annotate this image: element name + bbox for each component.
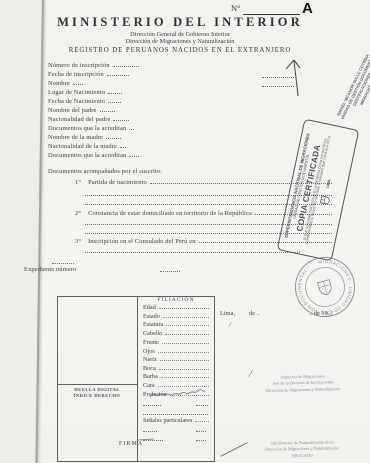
filiacion-label: Cabello	[143, 330, 162, 337]
field-label: Nacionalidad de la madre	[48, 143, 117, 150]
expediente-row: Expediente número	[24, 266, 76, 273]
field-label: Nombre	[48, 80, 70, 87]
copia-certificada-stamp: SUPERINTENDENCIA NACIONAL DE MIGRACIONES…	[277, 119, 360, 262]
date-city: Lima,	[220, 310, 235, 317]
filiacion-row: Cabello	[143, 330, 209, 337]
filiacion-row: Estado	[143, 313, 209, 320]
dotted-line	[52, 262, 74, 264]
item-number: 1°	[75, 179, 81, 186]
direction-migraciones-subtitle: Dirección de Migraciones y Naturalizació…	[50, 38, 310, 45]
dotted-line	[196, 439, 206, 441]
dotted-line	[196, 404, 208, 406]
dotted-line	[129, 125, 134, 130]
filiacion-row: Boca	[143, 365, 209, 372]
subdirector-stamp: Sub-Director de Naturalización de la Dir…	[236, 439, 368, 460]
field-row: Fecha de Nacimiento	[48, 98, 121, 105]
filiacion-label: Nariz	[143, 356, 157, 363]
dotted-line	[100, 107, 115, 112]
field-row: Documentos que la acreditan	[48, 152, 139, 159]
dotted-line	[120, 143, 126, 148]
field-row: Número de inscripción	[48, 62, 139, 69]
dotted-line	[161, 374, 209, 378]
field-label: Fecha de Nacimiento	[48, 98, 105, 105]
field-row: Documentos que la acreditan	[48, 125, 134, 132]
dotted-line	[163, 314, 209, 318]
field-row: Nombre	[48, 80, 83, 87]
field-label: Fecha de inscripción	[48, 71, 104, 78]
box-vertical-divider	[137, 296, 138, 462]
huella-line2: ÍNDICE DERECHO	[57, 393, 137, 399]
dotted-line	[113, 62, 139, 67]
field-label: Documentos que la acreditan	[48, 152, 126, 159]
filiacion-row: Estatura	[143, 321, 209, 328]
item-number: 3°	[75, 238, 81, 245]
filiacion-label: Estado	[143, 313, 160, 320]
coat-of-arms-icon	[319, 195, 331, 206]
dotted-line	[143, 430, 157, 432]
register-title: REGISTRO DE PERUANOS NACIDOS EN EL EXTRA…	[50, 47, 310, 54]
item-label: Partida de nacimiento	[88, 179, 147, 186]
field-row: Documentos acompañados por el suscrito:	[48, 168, 162, 175]
direction-general-subtitle: Dirección General de Gobierno Interior	[50, 31, 310, 38]
field-row: Fecha de inscripción	[48, 71, 129, 78]
field-label: Documentos que la acreditan	[48, 125, 126, 132]
item-label: Constancia de estar domiciliado en terri…	[88, 210, 252, 217]
dotted-line	[143, 413, 208, 415]
dotted-line	[143, 404, 161, 406]
filiacion-label: Estatura	[143, 321, 163, 328]
dotted-line	[158, 349, 209, 353]
field-row: Nombre de la madre	[48, 134, 121, 141]
dotted-line	[195, 418, 209, 422]
filiacion-row: Edad	[143, 304, 209, 311]
dotted-line	[108, 89, 122, 94]
senales-label: Señales particulares	[143, 417, 192, 424]
dotted-line	[159, 305, 209, 309]
filiacion-label: Frente	[143, 339, 159, 346]
dotted-line	[160, 357, 209, 361]
filiacion-label: Ojos	[143, 348, 155, 355]
round-official-stamp: MIGRACIONES · UNIDAD DE GESTIÓN DOCUMENT…	[287, 249, 363, 325]
stray-slash-mark: /	[228, 320, 231, 329]
filiacion-row: Señales particulares	[143, 417, 209, 424]
filiacion-title: FILIACIÓN	[138, 297, 214, 303]
filiacion-row: Frente	[143, 339, 209, 346]
dotted-line	[107, 71, 129, 76]
filiacion-row: Barba	[143, 373, 209, 380]
stamp-city: LIMA,	[325, 178, 331, 188]
field-row: Lugar de Nacimiento	[48, 89, 122, 96]
dotted-line	[162, 340, 209, 344]
dotted-line	[106, 134, 121, 139]
firma-label: FIRMA	[119, 441, 143, 447]
field-label: Número de inscripción	[48, 62, 110, 69]
field-row: Nacionalidad del padre	[48, 116, 129, 123]
inspector-stamp: Inspector de Migraciones Jefe de la Divi…	[243, 372, 363, 394]
subdirector-line3: ABOGADO	[236, 451, 368, 460]
item-number: 2°	[75, 210, 81, 217]
fingerprint-box-label: HUELLA DIGITAL ÍNDICE DERECHO	[57, 387, 137, 399]
ministry-title: MINISTERIO DEL INTERIOR	[50, 15, 310, 30]
filiacion-row: Ojos	[143, 348, 209, 355]
form-number-label: N°	[231, 3, 241, 13]
dotted-line	[108, 98, 121, 103]
dotted-line	[73, 80, 83, 85]
dotted-line	[160, 270, 180, 272]
filiacion-label: Edad	[143, 304, 156, 311]
expediente-label: Expediente número	[24, 266, 76, 273]
field-row: Nombre del padre	[48, 107, 115, 114]
filiacion-row: Nariz	[143, 356, 209, 363]
field-label: Documentos acompañados por el suscrito:	[48, 168, 162, 175]
dotted-line	[129, 152, 139, 157]
dotted-line	[196, 430, 206, 432]
dotted-line	[159, 366, 209, 370]
item-label: Inscripción en el Consulado del Perú en	[88, 238, 196, 245]
field-row: Nacionalidad de la madre	[48, 143, 126, 150]
dotted-line	[85, 251, 300, 253]
field-label: Nacionalidad del padre	[48, 116, 110, 123]
filiacion-label: Boca	[143, 365, 156, 372]
field-label: Nombre de la madre	[48, 134, 103, 141]
scanned-form-page: N° A MINISTERIO DEL INTERIOR Dirección G…	[0, 0, 370, 463]
profession-handwriting	[147, 387, 207, 400]
field-label: Nombre del padre	[48, 107, 97, 114]
field-label: Lugar de Nacimiento	[48, 89, 105, 96]
dotted-line	[113, 116, 129, 121]
dotted-line	[165, 331, 209, 335]
box-horizontal-divider	[57, 384, 137, 385]
dotted-line	[166, 322, 209, 326]
date-de1: de ..	[249, 310, 260, 317]
handwritten-arrow-mark	[282, 56, 304, 98]
filiacion-label: Barba	[143, 373, 158, 380]
